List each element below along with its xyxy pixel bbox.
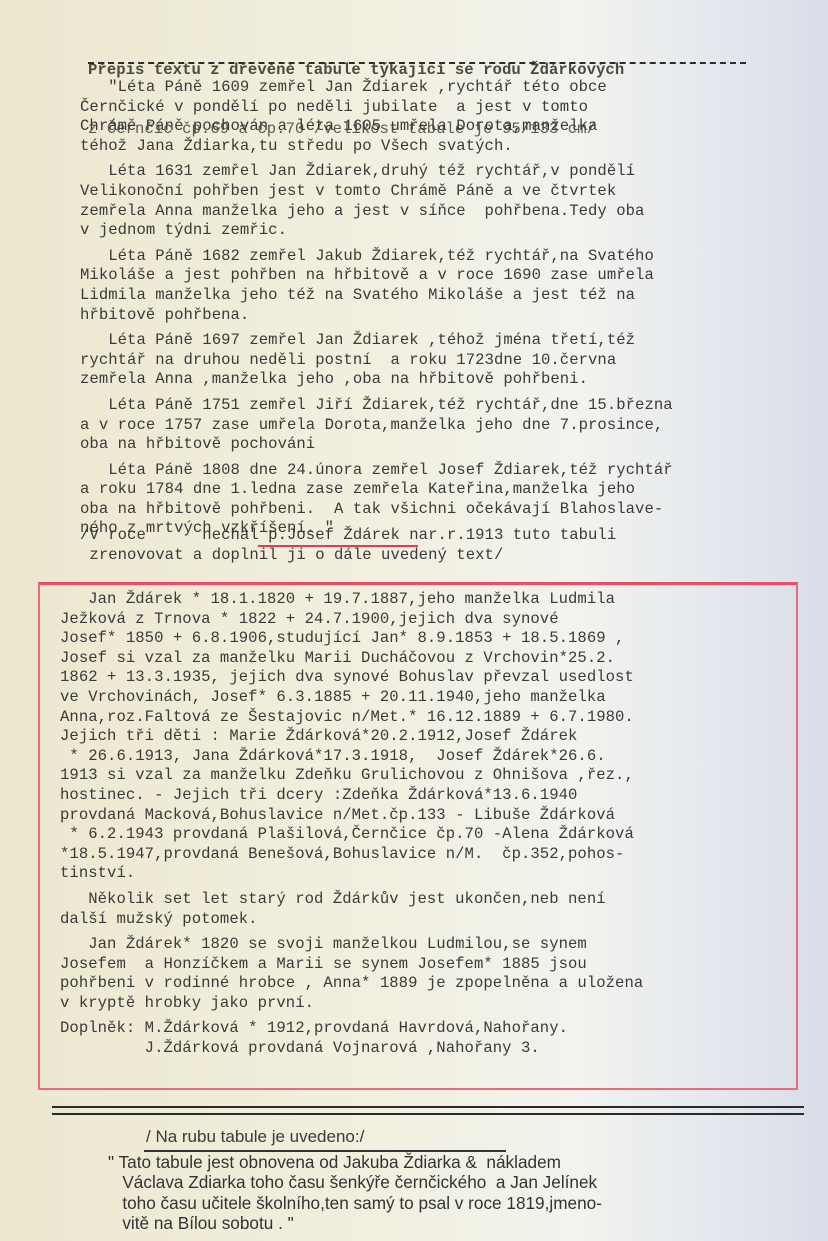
text-line: Doplněk: M.Ždárková * 1912,provdaná Havr… (60, 1019, 643, 1039)
text-line: Josef si vzal za manželku Marii Ducháčov… (60, 649, 643, 669)
text-line: provdaná Macková,Bohuslavice n/Met.čp.13… (60, 806, 643, 826)
text-line: v kryptě hrobky jako první. (60, 994, 643, 1014)
text-line: Josefem a Honzíčkem a Marii se synem Jos… (60, 955, 643, 975)
text-line: "Léta Páně 1609 zemřel Jan Ždiarek ,rych… (80, 78, 673, 98)
text-line: a v roce 1757 zase umřela Dorota,manželk… (80, 416, 673, 436)
text-line: Léta Páně 1808 dne 24.února zemřel Josef… (80, 461, 673, 481)
text-line: /V roce nechal p.Josef Ždárek nar.r.1913… (80, 526, 616, 546)
text-line: zemřela Anna ,manželka jeho ,oba na hřbi… (80, 370, 673, 390)
text-line: 1913 si vzal za manželku Zdeňku Grulicho… (60, 766, 643, 786)
text-line: * 26.6.1913, Jana Ždárková*17.3.1918, Jo… (60, 747, 643, 767)
double-divider (52, 1106, 804, 1115)
back-side-title: / Na rubu tabule je uvedeno:/ (146, 1127, 364, 1147)
text-line: oba na hřbitově pohřbeni. A tak všichni … (80, 500, 673, 520)
text-line: Jan Ždárek * 18.1.1820 + 19.7.1887,jeho … (60, 590, 643, 610)
text-line: Černčické v pondělí po neděli jubilate a… (80, 98, 673, 118)
back-side-text: " Tato tabule jest obnovena od Jakuba Žd… (108, 1152, 602, 1234)
text-line: Léta Páně 1697 zemřel Jan Ždiarek ,téhož… (80, 331, 673, 351)
text-line: zrenovovat a doplnil ji o dále uvedený t… (80, 546, 616, 566)
text-line: Jan Ždárek* 1820 se svoji manželkou Ludm… (60, 935, 643, 955)
text-line: ve Vrchovinách, Josef* 6.3.1885 + 20.11.… (60, 688, 643, 708)
text-line: Chrámě Páně pochován a léta 1605 umřela … (80, 117, 673, 137)
text-line: J.Ždárková provdaná Vojnarová ,Nahořany … (60, 1039, 643, 1059)
text-line: " Tato tabule jest obnovena od Jakuba Žd… (108, 1152, 602, 1172)
added-text: Jan Ždárek * 18.1.1820 + 19.7.1887,jeho … (60, 590, 643, 1059)
name-underline (258, 545, 418, 547)
text-line: oba na hřbitově pochováni (80, 435, 673, 455)
text-line: Anna,roz.Faltová ze Šestajovic n/Met.* 1… (60, 708, 643, 728)
text-line: toho času učitele školního,ten samý to p… (108, 1193, 602, 1213)
text-line: hřbitově pohřbena. (80, 306, 673, 326)
text-line: tinství. (60, 864, 643, 884)
text-line: pohřbeni v rodinné hrobce , Anna* 1889 j… (60, 974, 643, 994)
text-line: zemřela Anna manželka jeho a jest v síňc… (80, 202, 673, 222)
text-line: Ježková z Trnova * 1822 + 24.7.1900,jeji… (60, 610, 643, 630)
text-line: Josef* 1850 + 6.8.1906,studující Jan* 8.… (60, 629, 643, 649)
text-line: * 6.2.1943 provdaná Plašilová,Černčice č… (60, 825, 643, 845)
text-line: v jednom týdni zemřic. (80, 221, 673, 241)
text-line: 1862 + 13.3.1935, jejich dva synové Bohu… (60, 668, 643, 688)
text-line: Mikoláše a jest pohřben na hřbitově a v … (80, 266, 673, 286)
original-tablet-text: "Léta Páně 1609 zemřel Jan Ždiarek ,rych… (80, 78, 673, 539)
text-line: hostinec. - Jejich tři dcery :Zdeňka Ždá… (60, 786, 643, 806)
text-line: Jejich tři děti : Marie Ždárková*20.2.19… (60, 727, 643, 747)
dashed-divider (88, 62, 746, 64)
text-line: Léta Páně 1682 zemřel Jakub Ždiarek,též … (80, 247, 673, 267)
text-line: Léta 1631 zemřel Jan Ždiarek,druhý též r… (80, 162, 673, 182)
text-line: *18.5.1947,provdaná Benešová,Bohuslavice… (60, 845, 643, 865)
text-line: další mužský potomek. (60, 910, 643, 930)
typewritten-document: Přepis textu z dřevěné tabule týkající s… (0, 0, 828, 1241)
text-line: Léta Páně 1751 zemřel Jiří Ždiarek,též r… (80, 396, 673, 416)
text-line: Lidmila manželka jeho též na Svatého Mik… (80, 286, 673, 306)
text-line: Václava Zdiarka toho času šenkýře černči… (108, 1172, 602, 1192)
text-line: a roku 1784 dne 1.ledna zase zemřela Kat… (80, 480, 673, 500)
text-line: téhož Jana Ždiarka,tu středu po Všech sv… (80, 137, 673, 157)
text-line: Několik set let starý rod Ždárkův jest u… (60, 890, 643, 910)
text-line: vitě na Bílou sobotu . " (108, 1213, 602, 1233)
text-line: rychtář na druhou neděli postní a roku 1… (80, 351, 673, 371)
text-line: Velikonoční pohřben jest v tomto Chrámě … (80, 182, 673, 202)
